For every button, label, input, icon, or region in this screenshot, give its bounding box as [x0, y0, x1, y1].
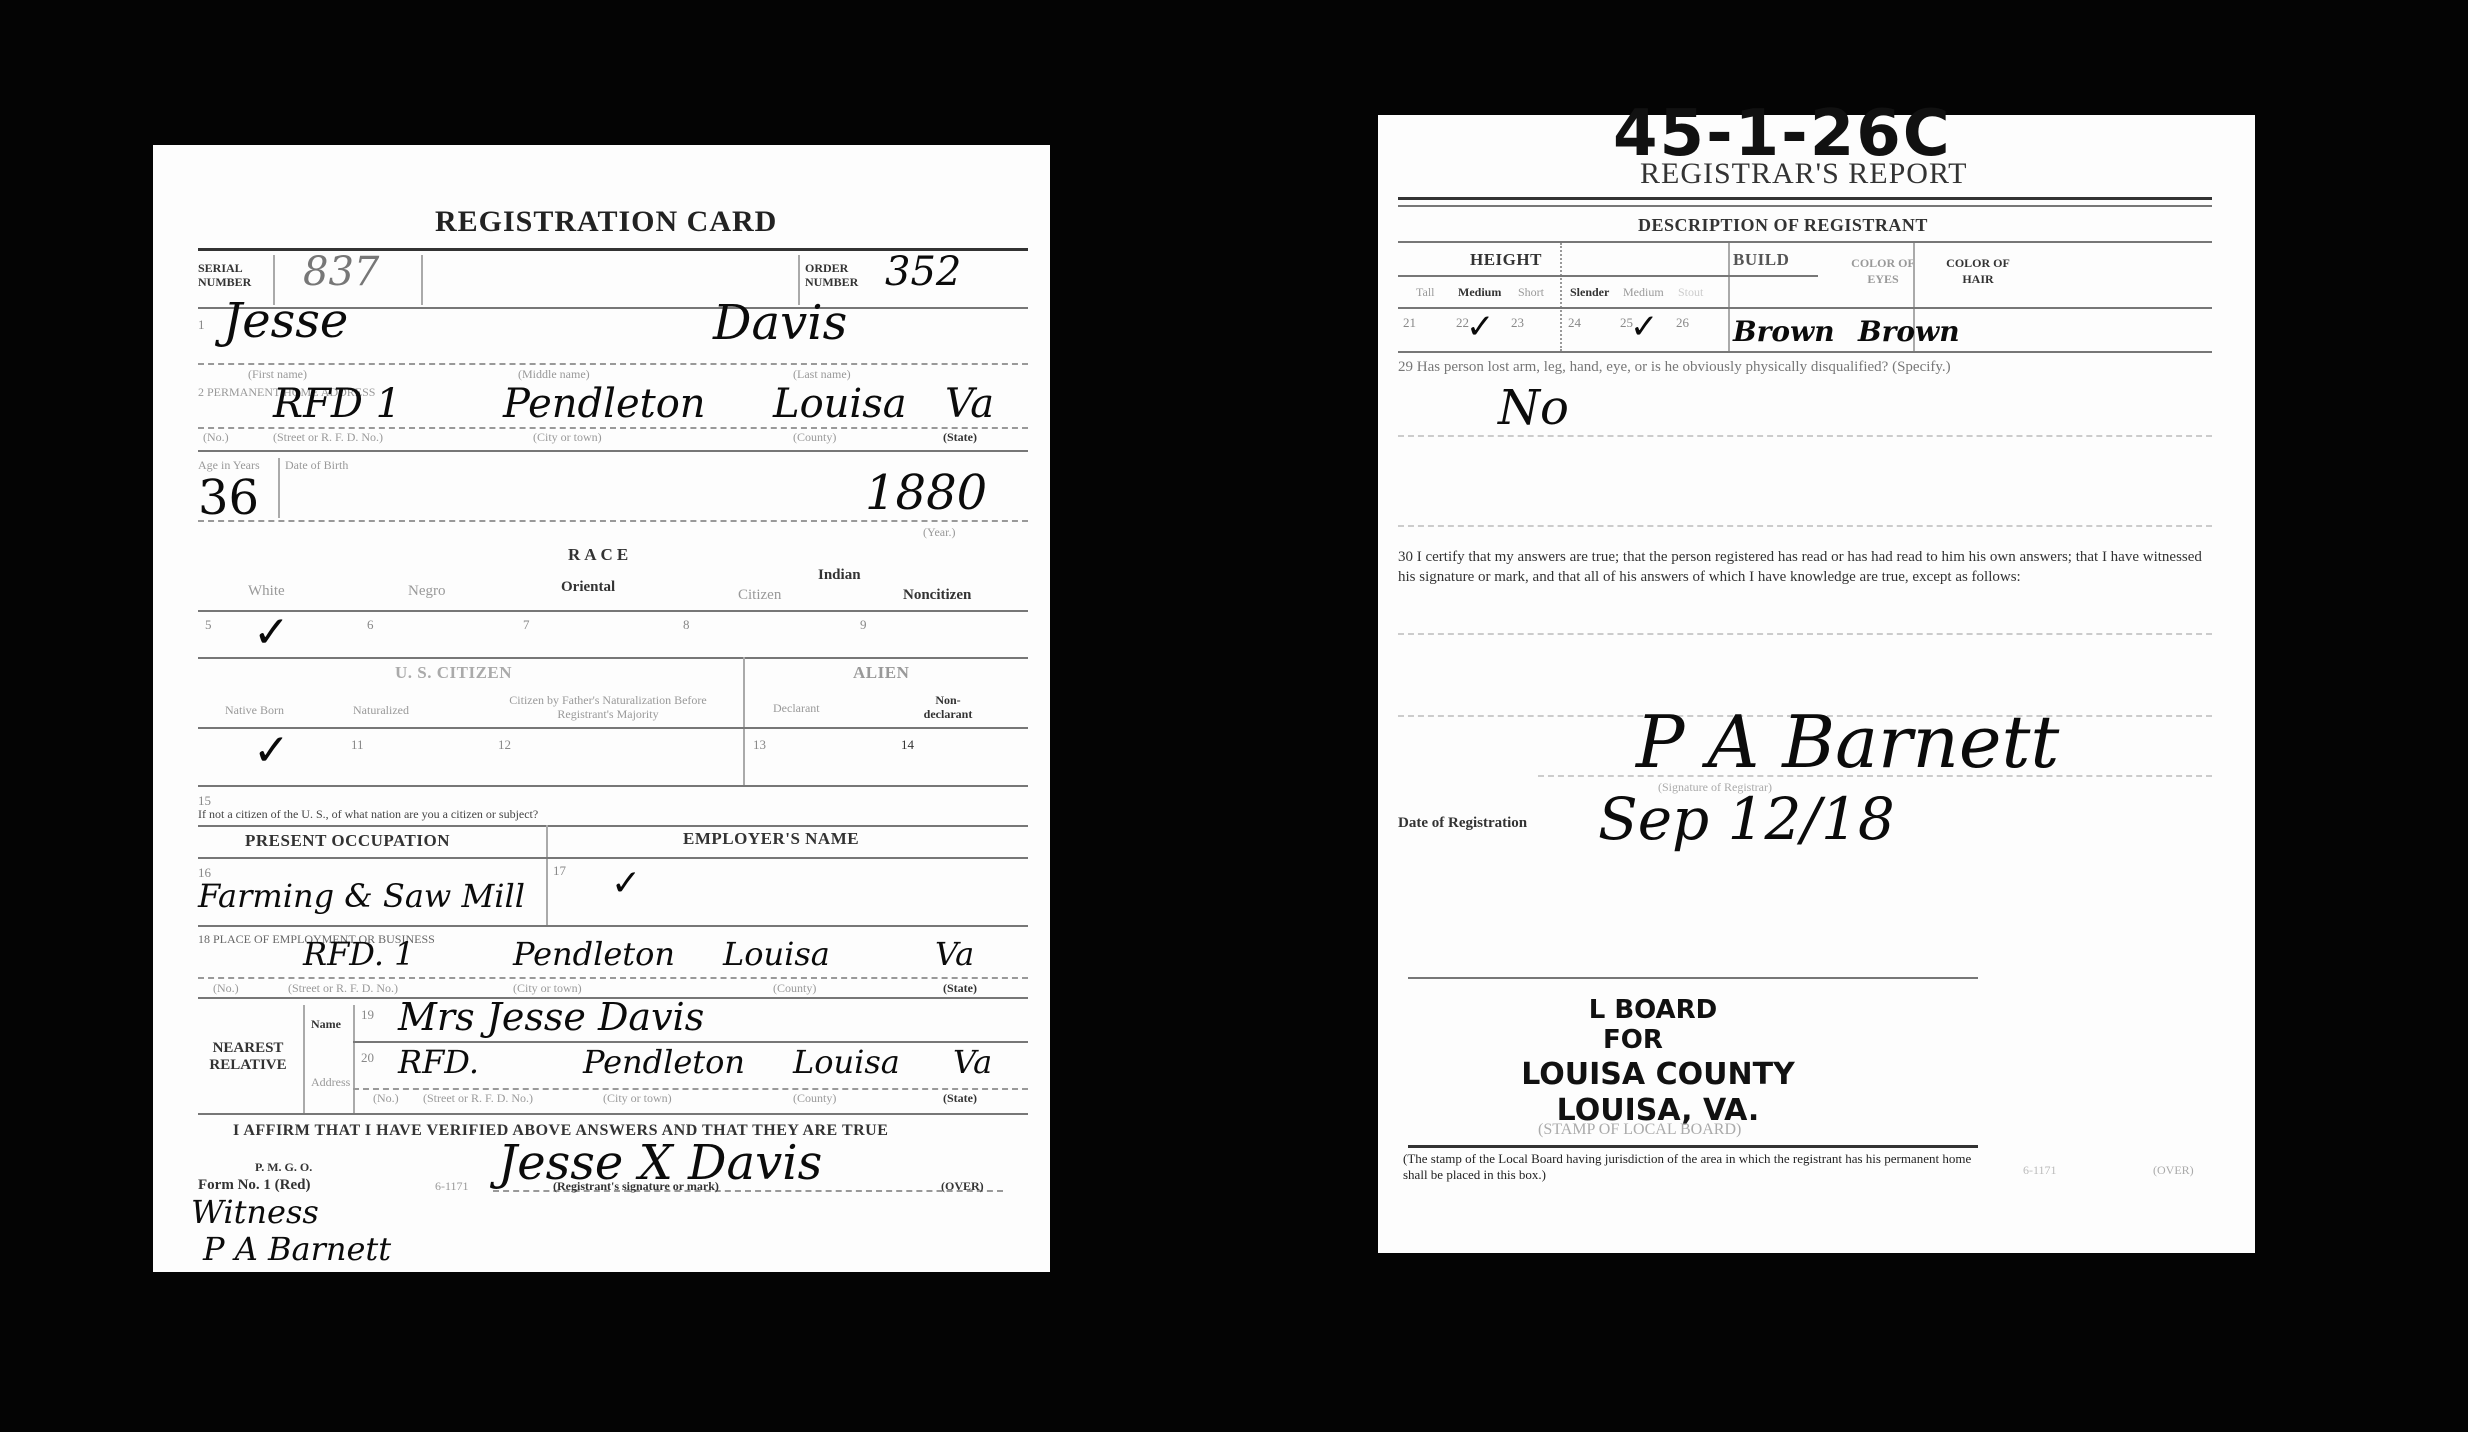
registration-card: REGISTRATION CARD SERIAL NUMBER 837 ORDE…: [153, 145, 1050, 1272]
disqualification-answer: No: [1498, 380, 1569, 436]
dob-label: Date of Birth: [285, 458, 348, 473]
height-medium-check: ✓: [1466, 307, 1495, 347]
white-checkmark: ✓: [253, 607, 290, 658]
home-county: Louisa: [773, 381, 907, 427]
employment-state: Va: [935, 935, 974, 973]
order-number: 352: [885, 249, 961, 295]
stamp-line-2: FOR: [1508, 1025, 1758, 1055]
occupation-heading: PRESENT OCCUPATION: [245, 831, 450, 851]
serial-number-label: SERIAL NUMBER: [198, 261, 268, 289]
last-name: Davis: [713, 295, 847, 351]
home-rfd: RFD 1: [273, 381, 401, 427]
home-city: Pendleton: [503, 381, 706, 427]
employment-county: Louisa: [723, 935, 830, 973]
disqualification-question: 29 Has person lost arm, leg, hand, eye, …: [1398, 357, 2212, 377]
employer-value: ✓: [611, 863, 641, 904]
employment-city: Pendleton: [513, 935, 675, 973]
card-title: REGISTRATION CARD: [435, 205, 777, 239]
registrars-report-card: 45-1-26C REGISTRAR'S REPORT DESCRIPTION …: [1378, 115, 2255, 1253]
relative-state: Va: [953, 1043, 992, 1081]
order-number-label: ORDER NUMBER: [805, 261, 875, 289]
nearest-relative-label: NEAREST RELATIVE: [203, 1040, 293, 1074]
form-id-line1: P. M. G. O.: [255, 1160, 312, 1175]
race-heading: RACE: [568, 545, 632, 565]
witness-signature: P A Barnett: [203, 1230, 391, 1268]
stamp-note: (The stamp of the Local Board having jur…: [1403, 1151, 1973, 1183]
report-title: REGISTRAR'S REPORT: [1640, 157, 1968, 191]
relative-county: Louisa: [793, 1043, 900, 1081]
employer-heading: EMPLOYER'S NAME: [683, 829, 859, 849]
eye-color: Brown: [1733, 315, 1835, 348]
home-state: Va: [945, 381, 994, 427]
description-heading: DESCRIPTION OF REGISTRANT: [1638, 215, 1928, 236]
relative-name: Mrs Jesse Davis: [398, 995, 704, 1039]
date-of-registration-value: Sep 12/18: [1598, 785, 1895, 853]
build-medium-check: ✓: [1630, 307, 1659, 347]
stamp-line-3: LOUISA COUNTY: [1478, 1057, 1838, 1092]
certification-text: 30 I certify that my answers are true; t…: [1398, 547, 2212, 587]
over-label: (OVER): [941, 1179, 984, 1194]
relative-city: Pendleton: [583, 1043, 745, 1081]
hair-color: Brown: [1858, 315, 1960, 348]
native-born-checkmark: ✓: [253, 725, 290, 776]
stamp-caption: (STAMP OF LOCAL BOARD): [1538, 1121, 1741, 1139]
serial-number: 837: [303, 249, 379, 295]
first-name: Jesse: [223, 293, 348, 349]
nationality-question: If not a citizen of the U. S., of what n…: [198, 807, 538, 822]
registrar-signature: P A Barnett: [1636, 700, 2059, 784]
employment-rfd: RFD. 1: [303, 935, 415, 973]
us-citizen-heading: U. S. CITIZEN: [395, 663, 512, 683]
age-value: 36: [198, 470, 259, 526]
relative-rfd: RFD.: [398, 1043, 479, 1081]
form-id-line2: Form No. 1 (Red): [198, 1177, 310, 1194]
occupation-value: Farming & Saw Mill: [198, 877, 525, 915]
stamp-line-1: L BOARD: [1508, 995, 1798, 1025]
date-of-registration-label: Date of Registration: [1398, 815, 1527, 832]
alien-heading: ALIEN: [853, 663, 909, 683]
dob-year: 1880: [865, 465, 987, 521]
witness-label: Witness: [191, 1193, 319, 1231]
